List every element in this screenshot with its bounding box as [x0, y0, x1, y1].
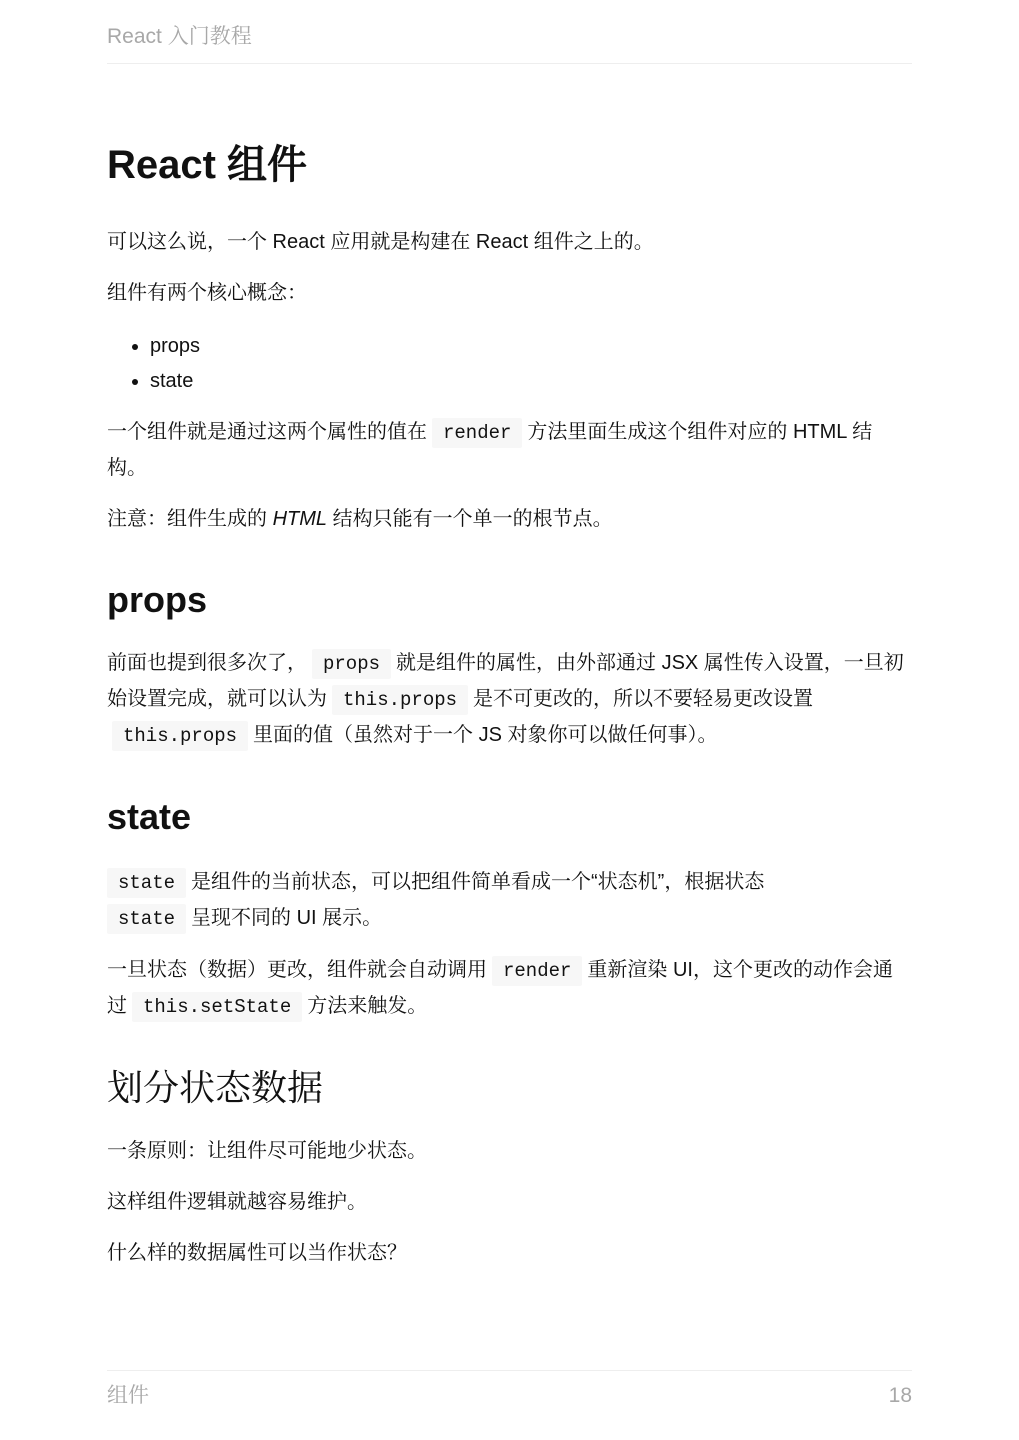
inline-code: props: [312, 649, 391, 679]
book-title: React 入门教程: [107, 25, 252, 48]
page-header: React 入门教程: [107, 22, 912, 64]
section-heading-state: state: [107, 794, 912, 840]
emphasis: HTML: [273, 508, 327, 530]
list-item: state: [150, 364, 912, 399]
principle-paragraph: 一条原则：让组件尽可能地少状态。: [107, 1134, 912, 1169]
state-paragraph-1: state是组件的当前状态，可以把组件简单看成一个“状态机”，根据状态state…: [107, 865, 912, 937]
inline-code: this.props: [112, 721, 248, 751]
page-content: React 组件 可以这么说，一个 React 应用就是构建在 React 组件…: [107, 130, 912, 1271]
concepts-list: props state: [107, 329, 912, 399]
section-heading-divide-state: 划分状态数据: [107, 1065, 912, 1111]
note-paragraph: 注意：组件生成的 HTML 结构只能有一个单一的根节点。: [107, 502, 912, 537]
inline-code: render: [432, 418, 522, 448]
intro-paragraph: 可以这么说，一个 React 应用就是构建在 React 组件之上的。: [107, 225, 912, 260]
concepts-lead: 组件有两个核心概念：: [107, 276, 912, 311]
page-number: 18: [889, 1381, 912, 1411]
render-paragraph: 一个组件就是通过这两个属性的值在render方法里面生成这个组件对应的 HTML…: [107, 415, 912, 486]
page-footer: 组件 18: [107, 1370, 912, 1411]
inline-code: this.setState: [132, 992, 302, 1022]
inline-code: this.props: [332, 685, 468, 715]
page-title: React 组件: [107, 140, 912, 192]
maintain-paragraph: 这样组件逻辑就越容易维护。: [107, 1185, 912, 1220]
question-paragraph: 什么样的数据属性可以当作状态？: [107, 1236, 912, 1271]
state-paragraph-2: 一旦状态（数据）更改，组件就会自动调用render重新渲染 UI，这个更改的动作…: [107, 953, 912, 1025]
list-item: props: [150, 329, 912, 364]
inline-code: state: [107, 868, 186, 898]
chapter-name: 组件: [107, 1381, 149, 1411]
props-paragraph: 前面也提到很多次了，props就是组件的属性，由外部通过 JSX 属性传入设置，…: [107, 646, 912, 754]
inline-code: render: [492, 956, 582, 986]
section-heading-props: props: [107, 577, 912, 623]
inline-code: state: [107, 904, 186, 934]
